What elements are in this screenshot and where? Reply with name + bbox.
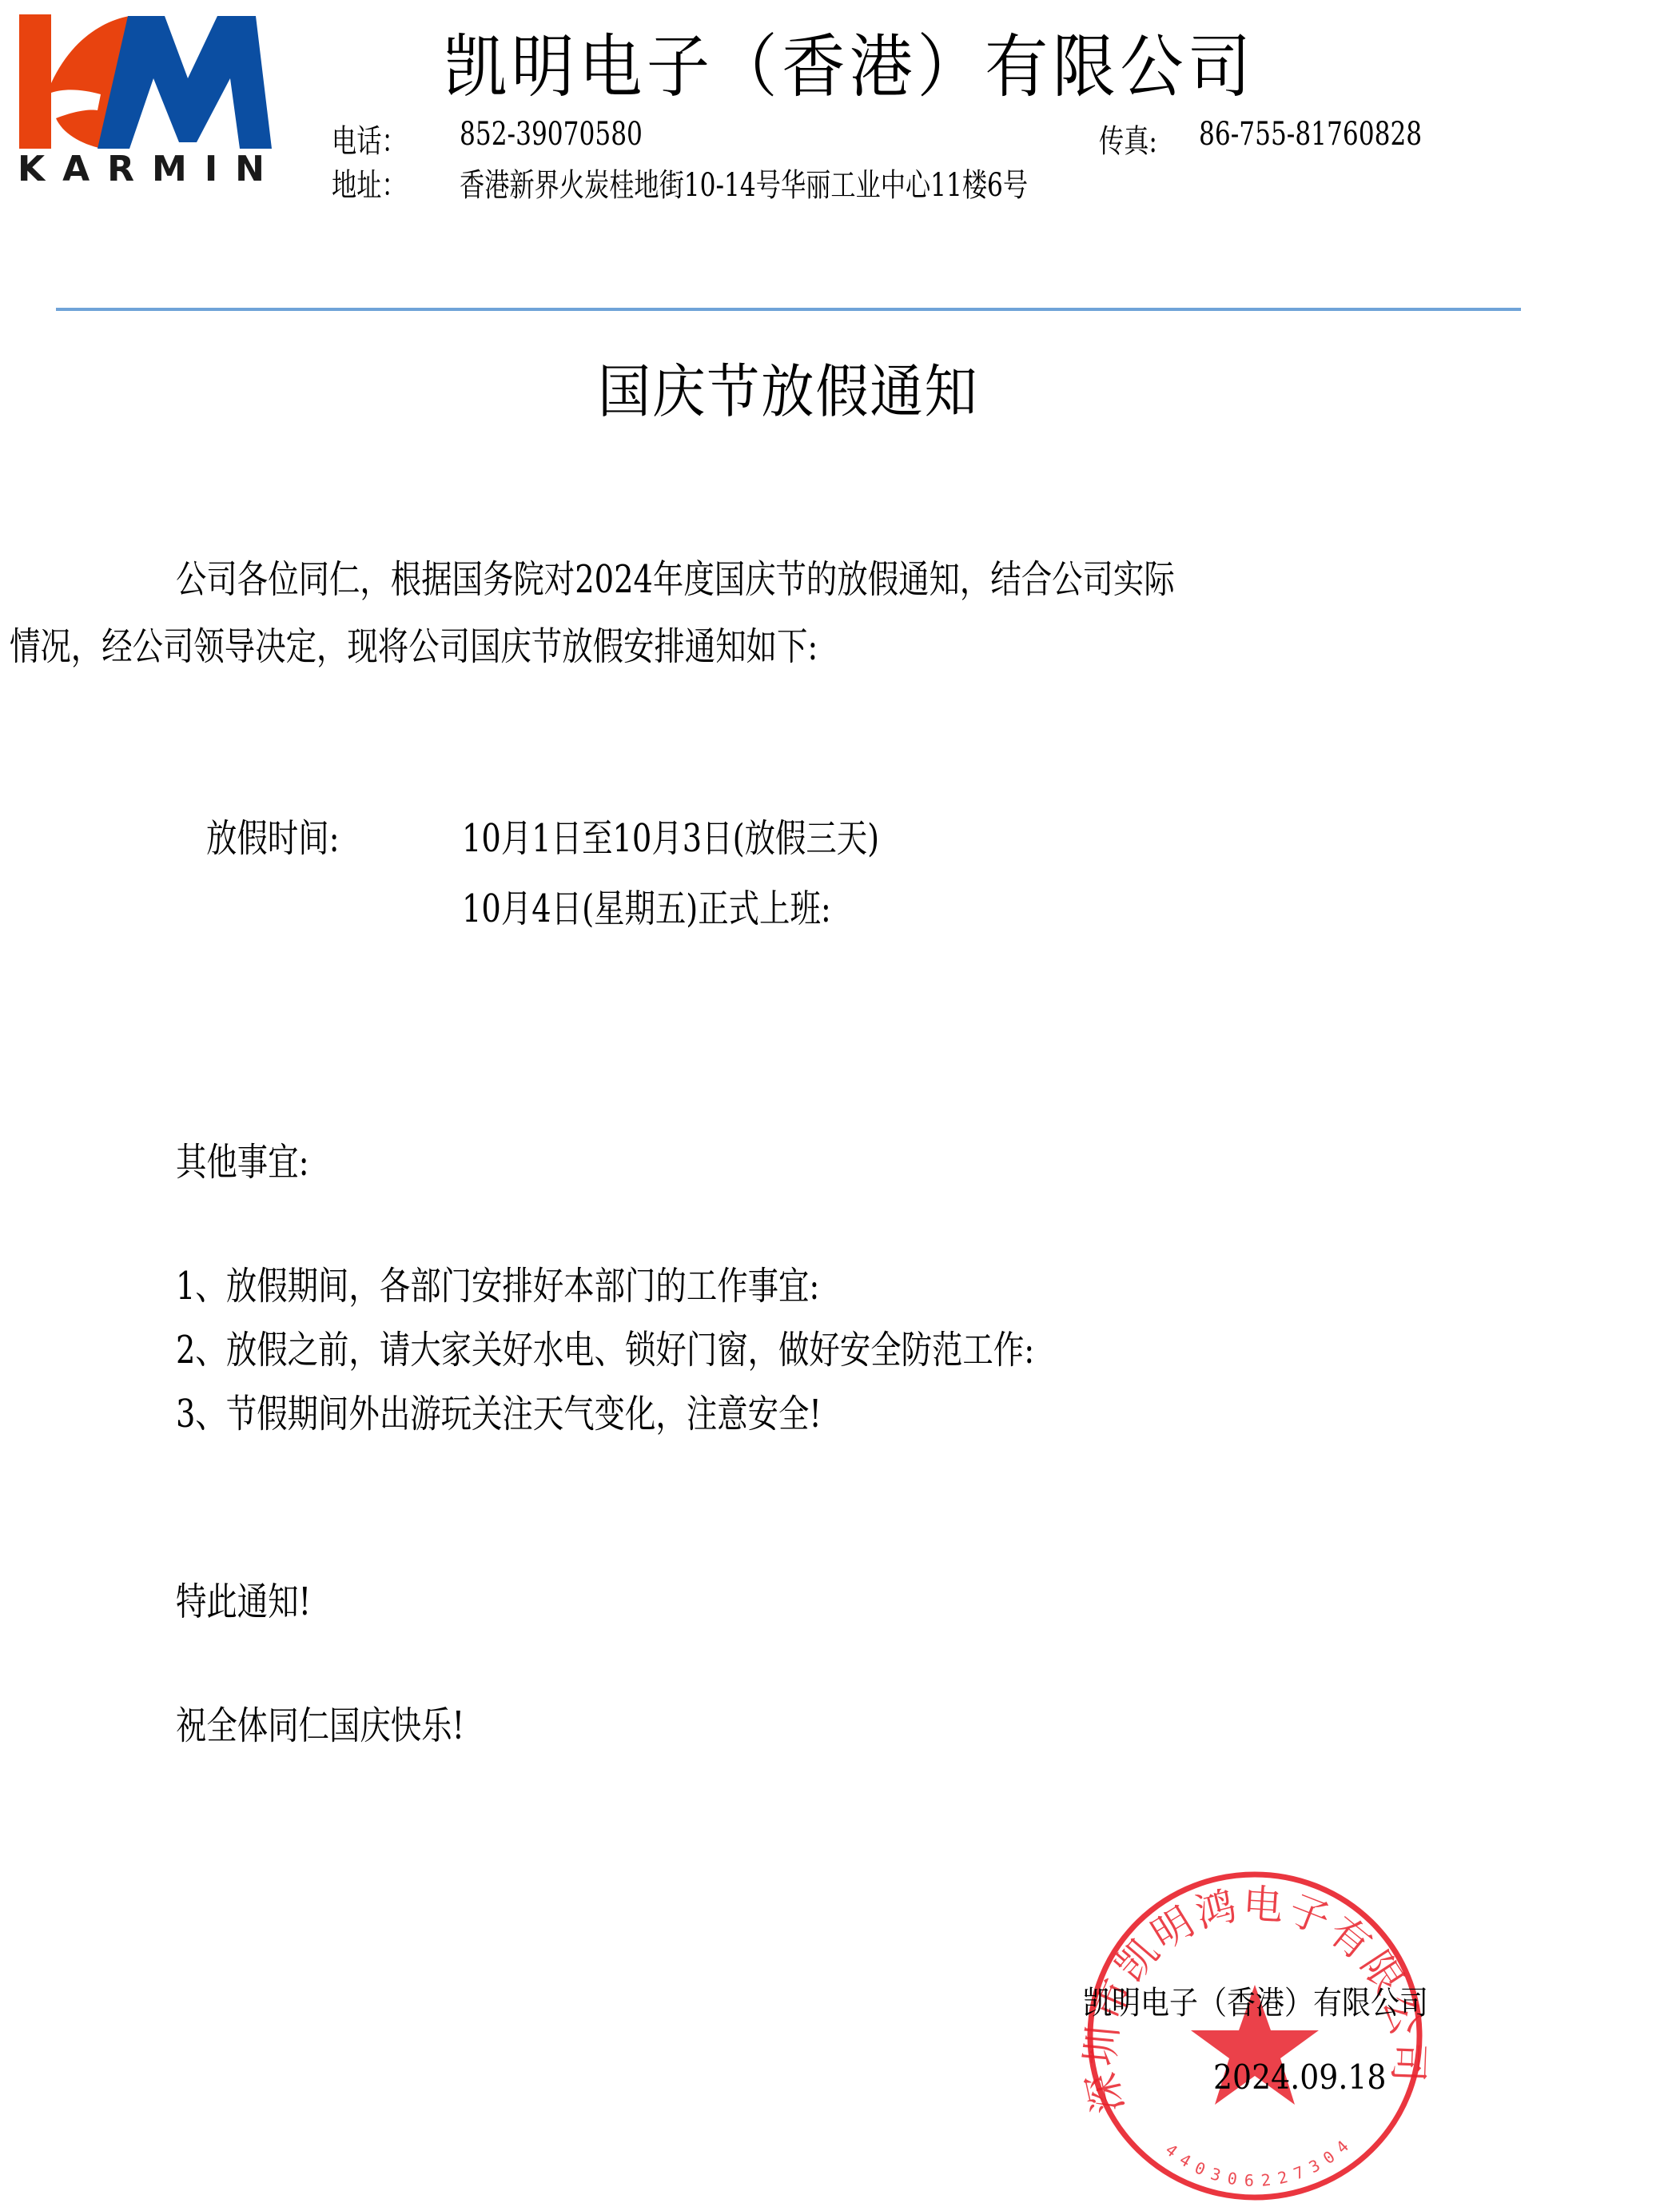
address-value: 香港新界火炭桂地街10-14号华丽工业中心11楼6号 — [460, 160, 1028, 205]
fax-label: 传真: — [1099, 116, 1157, 161]
logo-k-stem — [19, 14, 51, 149]
fax-value: 86-755-81760828 — [1199, 116, 1422, 153]
intro-line-1: 公司各位同仁，根据国务院对2024年度国庆节的放假通知，结合公司实际 — [176, 548, 1175, 604]
notice-title: 国庆节放假通知 — [598, 345, 979, 428]
other-matters-heading: 其他事宜: — [176, 1131, 309, 1186]
phone-value: 852-39070580 — [460, 116, 643, 153]
phone-label: 电话： — [332, 116, 407, 161]
list-item: 2、放假之前，请大家关好水电、锁好门窗，做好安全防范工作: — [176, 1319, 1034, 1374]
schedule-line-2: 10月4日(星期五)正式上班: — [462, 878, 831, 933]
list-item: 1、放假期间，各部门安排好本部门的工作事宜: — [176, 1255, 819, 1310]
logo-m — [98, 16, 272, 149]
intro-line-2: 情况，经公司领导决定，现将公司国庆节放假安排通知如下: — [10, 615, 818, 671]
list-item: 3、节假期间外出游玩关注天气变化，注意安全! — [176, 1383, 822, 1438]
schedule-line-1: 10月1日至10月3日(放假三天) — [462, 807, 879, 862]
closing-text: 特此通知! — [176, 1571, 311, 1626]
signature-date: 2024.09.18 — [1213, 2058, 1386, 2097]
schedule-label: 放假时间: — [206, 807, 340, 862]
company-seal: 深圳市凯明鸿电子有限公司 4403062273043 — [1079, 1866, 1431, 2206]
header-divider — [56, 308, 1521, 311]
address-label: 地址： — [332, 160, 407, 205]
karmin-logo: KARMIN — [8, 6, 272, 186]
signature-company: 凯明电子（香港）有限公司 — [1083, 1978, 1428, 2023]
logo-wordmark: KARMIN — [18, 149, 272, 186]
greeting-text: 祝全体同仁国庆快乐! — [176, 1695, 464, 1750]
company-name: 凯明电子（香港）有限公司 — [444, 11, 1256, 110]
